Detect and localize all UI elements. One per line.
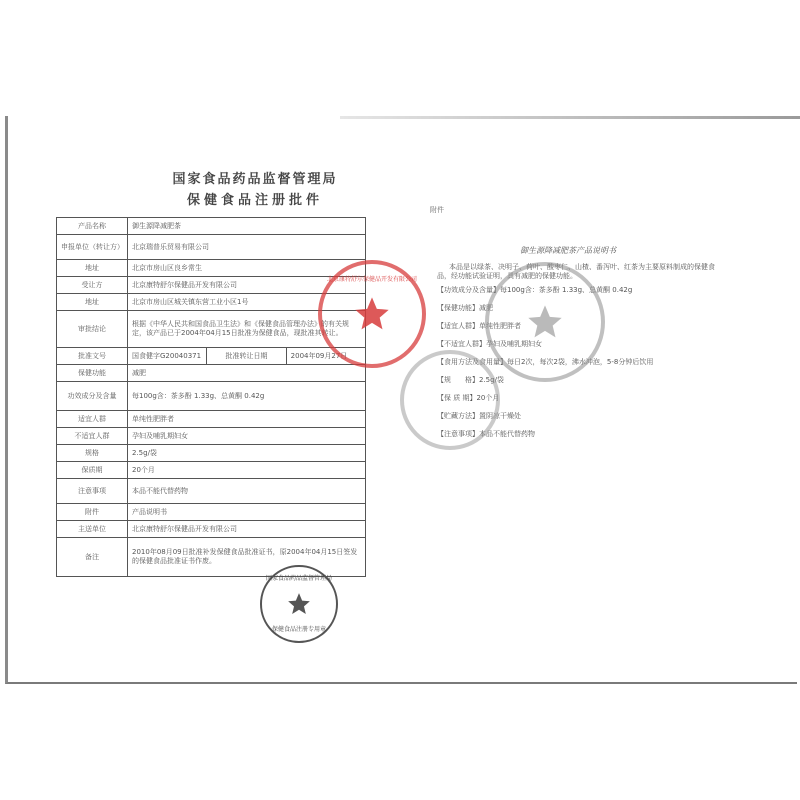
table-row: 受让方北京康特舒尔保健品开发有限公司	[57, 277, 366, 294]
row-label: 批准文号	[57, 348, 128, 365]
manual-item-key: 【不适宜人群】	[437, 340, 486, 348]
manual-item-key: 【适宜人群】	[437, 322, 479, 330]
row-label: 备注	[57, 538, 128, 577]
table-row: 附件产品说明书	[57, 504, 366, 521]
table-row: 地址北京市房山区良乡常生	[57, 260, 366, 277]
table-row: 功效成分及含量每100g含：茶多酚 1.33g、总黄酮 0.42g	[57, 382, 366, 411]
manual-title: 御生源降减肥茶产品说明书	[520, 245, 616, 256]
approval-date-label: 批准转让日期	[207, 348, 286, 365]
row-value: 20个月	[128, 462, 366, 479]
row-value: 国食健字G20040371	[128, 348, 207, 365]
table-row: 适宜人群单纯性肥胖者	[57, 411, 366, 428]
page-top-edge	[340, 116, 800, 119]
seal-text-bottom: 保健食品注册专用章	[262, 624, 336, 633]
row-label: 规格	[57, 445, 128, 462]
manual-item-key: 【保健功能】	[437, 304, 479, 312]
company-red-seal: 北京康特舒尔保健品开发有限公司	[318, 260, 426, 368]
document-title: 保健食品注册批件	[130, 189, 380, 208]
row-value: 2.5g/袋	[128, 445, 366, 462]
row-value: 减肥	[128, 365, 366, 382]
row-value: 北京康特舒尔保健品开发有限公司	[128, 521, 366, 538]
row-value: 产品说明书	[128, 504, 366, 521]
row-label: 受让方	[57, 277, 128, 294]
star-icon	[525, 302, 565, 342]
star-icon	[352, 294, 392, 334]
row-value: 御生源降减肥茶	[128, 218, 366, 235]
row-value: 孕妇及哺乳期妇女	[128, 428, 366, 445]
row-value: 单纯性肥胖者	[128, 411, 366, 428]
issuing-authority-title: 国家食品药品监督管理局	[130, 168, 380, 187]
table-row: 申报单位（转让方）北京瑞普乐贸易有限公司	[57, 235, 366, 260]
row-label: 地址	[57, 294, 128, 311]
row-label: 注意事项	[57, 479, 128, 504]
row-label: 保健功能	[57, 365, 128, 382]
company-gray-seal-upper	[485, 262, 605, 382]
table-row: 批准文号国食健字G20040371批准转让日期2004年09月27日	[57, 348, 366, 365]
row-label: 申报单位（转让方）	[57, 235, 128, 260]
approval-table: 产品名称御生源降减肥茶申报单位（转让方）北京瑞普乐贸易有限公司地址北京市房山区良…	[56, 217, 366, 577]
table-row: 规格2.5g/袋	[57, 445, 366, 462]
official-registration-seal: 国家食品药品监督管理局 保健食品注册专用章	[260, 565, 338, 643]
manual-item-key: 【功效成分及含量】	[437, 286, 500, 294]
row-label: 适宜人群	[57, 411, 128, 428]
row-label: 主送单位	[57, 521, 128, 538]
row-label: 保质期	[57, 462, 128, 479]
row-value: 每100g含：茶多酚 1.33g、总黄酮 0.42g	[128, 382, 366, 411]
table-row: 保健功能减肥	[57, 365, 366, 382]
seal-text: 北京康特舒尔保健品开发有限公司	[322, 274, 422, 283]
row-label: 地址	[57, 260, 128, 277]
annex-label: 附件	[430, 205, 444, 215]
row-label: 审批结论	[57, 311, 128, 348]
row-value: 2010年08月09日批准补发保健食品批准证书，原2004年04月15日签发的保…	[128, 538, 366, 577]
row-label: 不适宜人群	[57, 428, 128, 445]
table-row: 不适宜人群孕妇及哺乳期妇女	[57, 428, 366, 445]
row-label: 产品名称	[57, 218, 128, 235]
star-icon	[286, 591, 312, 617]
company-gray-seal-lower	[400, 350, 500, 450]
table-row: 保质期20个月	[57, 462, 366, 479]
row-label: 功效成分及含量	[57, 382, 128, 411]
row-value: 北京瑞普乐贸易有限公司	[128, 235, 366, 260]
row-label: 附件	[57, 504, 128, 521]
table-row: 主送单位北京康特舒尔保健品开发有限公司	[57, 521, 366, 538]
row-value: 本品不能代替药物	[128, 479, 366, 504]
table-row: 产品名称御生源降减肥茶	[57, 218, 366, 235]
seal-text-top: 国家食品药品监督管理局	[262, 573, 336, 582]
table-row: 注意事项本品不能代替药物	[57, 479, 366, 504]
